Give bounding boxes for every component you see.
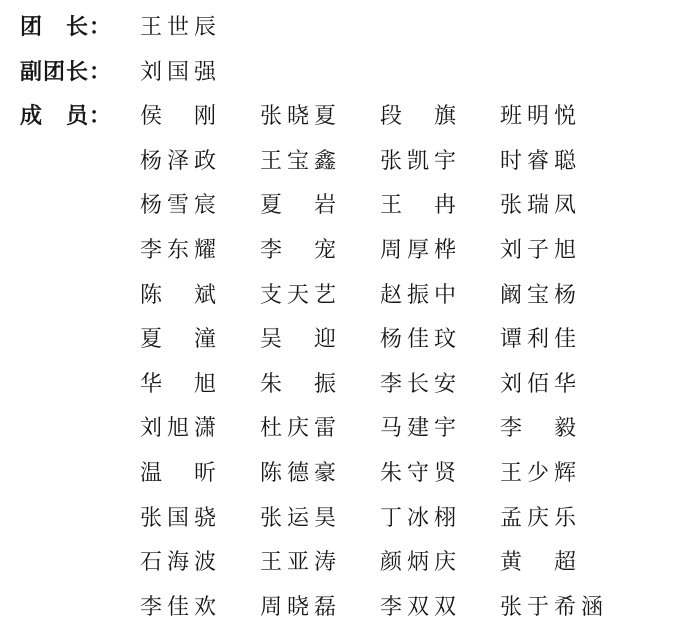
member-name: 吴 迎 (260, 317, 380, 362)
member-name: 李 宠 (260, 228, 380, 273)
member-name: 段 旗 (380, 94, 500, 139)
member-name: 王亚涛 (260, 540, 380, 585)
roster-document: 团 长： 王世辰 副团长： 刘国强 成 员： 侯 刚张晓夏段 旗班明悦杨泽政王宝… (0, 0, 696, 629)
member-name: 阚宝杨 (500, 273, 620, 318)
member-name: 朱 振 (260, 362, 380, 407)
member-name: 刘佰华 (500, 362, 620, 407)
member-name: 张运昊 (260, 496, 380, 541)
member-name: 杨佳玟 (380, 317, 500, 362)
leader-name: 王世辰 (140, 5, 221, 50)
members-grid: 侯 刚张晓夏段 旗班明悦杨泽政王宝鑫张凯宇时睿聪杨雪宸夏 岩王 冉张瑞凤李东耀李… (140, 94, 620, 629)
member-name: 周厚桦 (380, 228, 500, 273)
member-name: 张瑞凤 (500, 183, 620, 228)
member-name: 时睿聪 (500, 139, 620, 184)
member-name: 李东耀 (140, 228, 260, 273)
member-name: 温 昕 (140, 451, 260, 496)
members-section: 成 员： 侯 刚张晓夏段 旗班明悦杨泽政王宝鑫张凯宇时睿聪杨雪宸夏 岩王 冉张瑞… (20, 94, 696, 629)
member-name: 陈 斌 (140, 273, 260, 318)
member-name: 陈德豪 (260, 451, 380, 496)
member-name: 王少辉 (500, 451, 620, 496)
member-name: 丁冰栩 (380, 496, 500, 541)
deputy-leader-name: 刘国强 (140, 50, 221, 95)
member-name: 李佳欢 (140, 585, 260, 629)
member-name: 张国骁 (140, 496, 260, 541)
member-name: 李双双 (380, 585, 500, 629)
member-name: 周晓磊 (260, 585, 380, 629)
member-name: 刘旭潇 (140, 406, 260, 451)
member-name: 李长安 (380, 362, 500, 407)
leader-row: 团 长： 王世辰 (20, 5, 696, 50)
member-name: 石海波 (140, 540, 260, 585)
member-name: 侯 刚 (140, 94, 260, 139)
leader-label: 团 长： (20, 5, 140, 50)
member-name: 颜炳庆 (380, 540, 500, 585)
member-name: 张于希涵 (500, 585, 620, 629)
member-name: 夏 潼 (140, 317, 260, 362)
members-label: 成 员： (20, 94, 140, 139)
member-name: 李 毅 (500, 406, 620, 451)
member-name: 夏 岩 (260, 183, 380, 228)
member-name: 王宝鑫 (260, 139, 380, 184)
member-name: 黄 超 (500, 540, 620, 585)
member-name: 支天艺 (260, 273, 380, 318)
member-name: 王 冉 (380, 183, 500, 228)
member-name: 刘子旭 (500, 228, 620, 273)
deputy-leader-row: 副团长： 刘国强 (20, 50, 696, 95)
member-name: 张凯宇 (380, 139, 500, 184)
member-name: 杨雪宸 (140, 183, 260, 228)
member-name: 孟庆乐 (500, 496, 620, 541)
deputy-leader-label: 副团长： (20, 50, 140, 95)
member-name: 杜庆雷 (260, 406, 380, 451)
member-name: 班明悦 (500, 94, 620, 139)
member-name: 张晓夏 (260, 94, 380, 139)
member-name: 赵振中 (380, 273, 500, 318)
member-name: 杨泽政 (140, 139, 260, 184)
member-name: 谭利佳 (500, 317, 620, 362)
member-name: 华 旭 (140, 362, 260, 407)
member-name: 朱守贤 (380, 451, 500, 496)
member-name: 马建宇 (380, 406, 500, 451)
